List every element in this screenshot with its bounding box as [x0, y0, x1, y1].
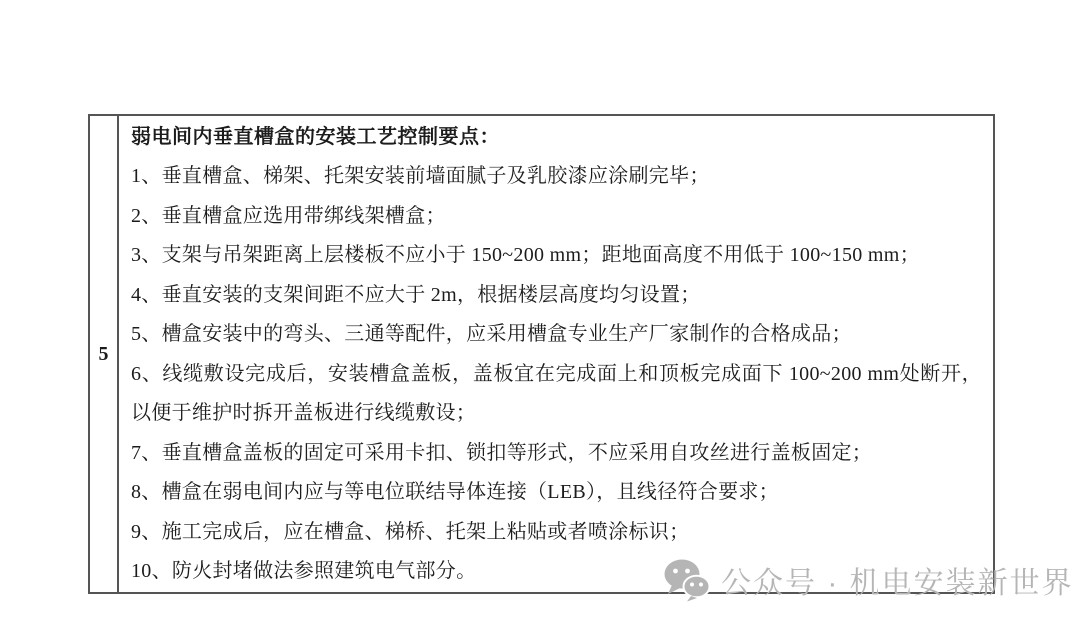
list-item-9: 9、施工完成后，应在槽盒、梯桥、托架上粘贴或者喷涂标识；: [131, 513, 982, 553]
list-item-6: 6、线缆敷设完成后，安装槽盒盖板，盖板宜在完成面上和顶板完成面下 100~200…: [131, 355, 982, 434]
document-page: 5 弱电间内垂直槽盒的安装工艺控制要点： 1、垂直槽盒、梯架、托架安装前墙面腻子…: [0, 0, 1080, 629]
list-item-2: 2、垂直槽盒应选用带绑线架槽盒；: [131, 197, 982, 237]
list-item-4: 4、垂直安装的支架间距不应大于 2m，根据楼层高度均匀设置；: [131, 276, 982, 316]
content-cell: 弱电间内垂直槽盒的安装工艺控制要点： 1、垂直槽盒、梯架、托架安装前墙面腻子及乳…: [119, 116, 993, 592]
row-number: 5: [99, 343, 109, 366]
section-title: 弱电间内垂直槽盒的安装工艺控制要点：: [131, 118, 982, 157]
list-item-3: 3、支架与吊架距离上层楼板不应小于 150~200 mm；距地面高度不用低于 1…: [131, 236, 982, 276]
list-item-8: 8、槽盒在弱电间内应与等电位联结导体连接（LEB），且线径符合要求；: [131, 473, 982, 513]
list-item-7: 7、垂直槽盒盖板的固定可采用卡扣、锁扣等形式，不应采用自攻丝进行盖板固定；: [131, 434, 982, 474]
process-control-table: 5 弱电间内垂直槽盒的安装工艺控制要点： 1、垂直槽盒、梯架、托架安装前墙面腻子…: [88, 114, 995, 594]
list-item-5: 5、槽盒安装中的弯头、三通等配件，应采用槽盒专业生产厂家制作的合格成品；: [131, 315, 982, 355]
list-item-10: 10、防火封堵做法参照建筑电气部分。: [131, 552, 982, 592]
list-item-1: 1、垂直槽盒、梯架、托架安装前墙面腻子及乳胶漆应涂刷完毕；: [131, 157, 982, 197]
row-number-cell: 5: [90, 116, 119, 592]
